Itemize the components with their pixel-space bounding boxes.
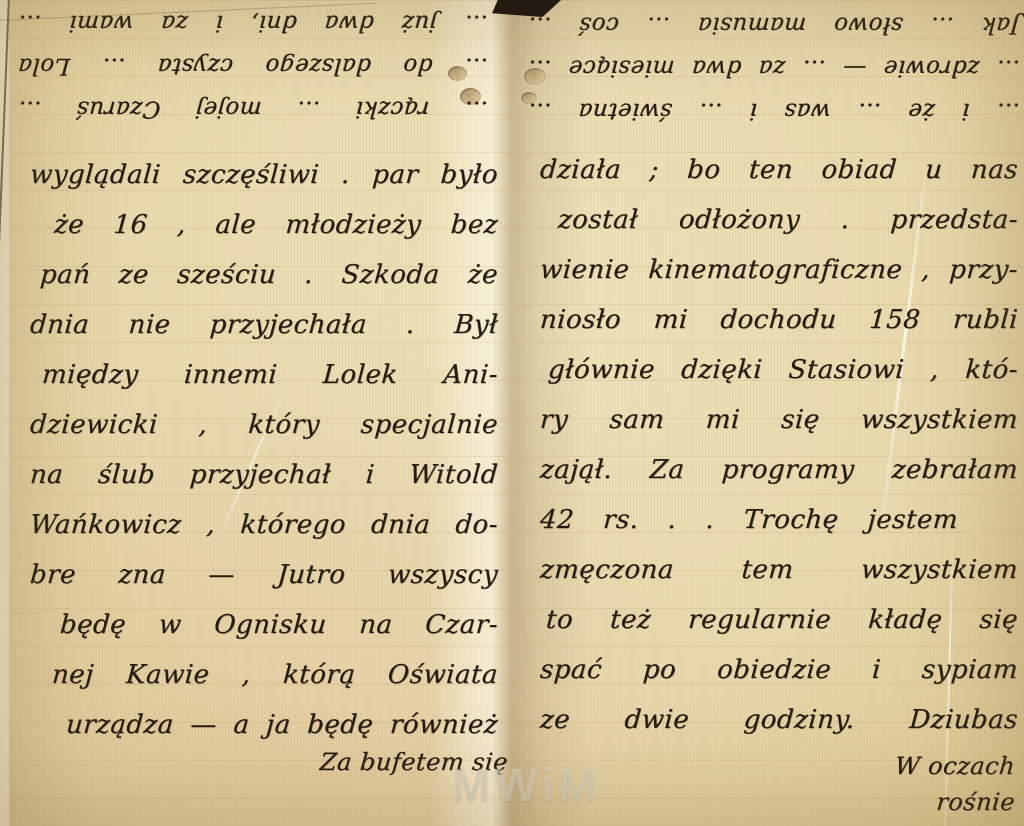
letter-scan: … rączki … mojej Czaruś … … do dalszego …: [0, 0, 1024, 826]
handwriting-line: między innemi Lolek Ani-: [28, 350, 499, 400]
museum-watermark: MWiM: [452, 758, 600, 812]
signature-block: W oczach rośnie: [800, 748, 1015, 820]
handwriting-line: … i że … was i … świetna …: [526, 89, 1021, 132]
handwriting-line: spać po obiedzie i sypiam: [538, 645, 1019, 695]
handwriting-line: W oczach: [798, 748, 1016, 784]
handwriting-line: będę w Ognisku na Czar-: [28, 600, 499, 650]
handwriting-line: ry sam mi się wszystkiem: [538, 395, 1019, 445]
handwriting-line: dziewicki , który specjalnie: [28, 400, 499, 450]
handwriting-line: działa ; bo ten obiad u nas: [538, 145, 1019, 195]
right-page-body-text: działa ; bo ten obiad u nas został odłoż…: [540, 145, 1018, 745]
handwriting-line: wyglądali szczęśliwi . par było: [28, 150, 499, 200]
handwriting-line: to też regularnie kładę się: [538, 595, 1019, 645]
handwriting-line: … zdrowie — … za dwa miesiące …: [526, 46, 1021, 89]
handwriting-line: został odłożony . przedsta-: [538, 195, 1019, 245]
handwriting-line: Wańkowicz , którego dnia do-: [28, 500, 499, 550]
handwriting-line: … już dwa dni, i za wami …: [16, 1, 489, 44]
handwriting-line: Jak … słowo mamusia … coś …: [526, 3, 1021, 46]
handwriting-line: że 16 , ale młodzieży bez: [28, 200, 499, 250]
right-page-inverted-margin-text: … i że … was i … świetna … … zdrowie — ……: [528, 0, 1020, 132]
handwriting-line: na ślub przyjechał i Witold: [28, 450, 499, 500]
handwriting-line: nej Kawie , którą Oświata: [28, 650, 499, 700]
handwriting-line: dnia nie przyjechała . Był: [28, 300, 499, 350]
handwriting-line: rośnie: [798, 784, 1016, 820]
handwriting-line: … do dalszego czysta … Lola: [16, 44, 489, 87]
left-page-body-text: wyglądali szczęśliwi . par było że 16 , …: [30, 150, 498, 750]
handwriting-line: 42 rs. . . Trochę jestem: [538, 495, 1019, 545]
handwriting-line: pań ze sześciu . Szkoda że: [28, 250, 499, 300]
handwriting-line: głównie dzięki Stasiowi , któ-: [538, 345, 1019, 395]
handwriting-line: wienie kinematograficzne , przy-: [538, 245, 1019, 295]
handwriting-line: … rączki … mojej Czaruś …: [16, 87, 489, 130]
handwriting-line: ze dwie godziny. Dziubas: [538, 695, 1019, 745]
handwriting-line: zmęczona tem wszystkiem: [538, 545, 1019, 595]
handwriting-line: niosło mi dochodu 158 rubli: [538, 295, 1019, 345]
handwriting-line: zajął. Za programy zebrałam: [538, 445, 1019, 495]
left-page-inverted-margin-text: … rączki … mojej Czaruś … … do dalszego …: [18, 2, 488, 130]
handwriting-line: bre zna — Jutro wszyscy: [28, 550, 499, 600]
